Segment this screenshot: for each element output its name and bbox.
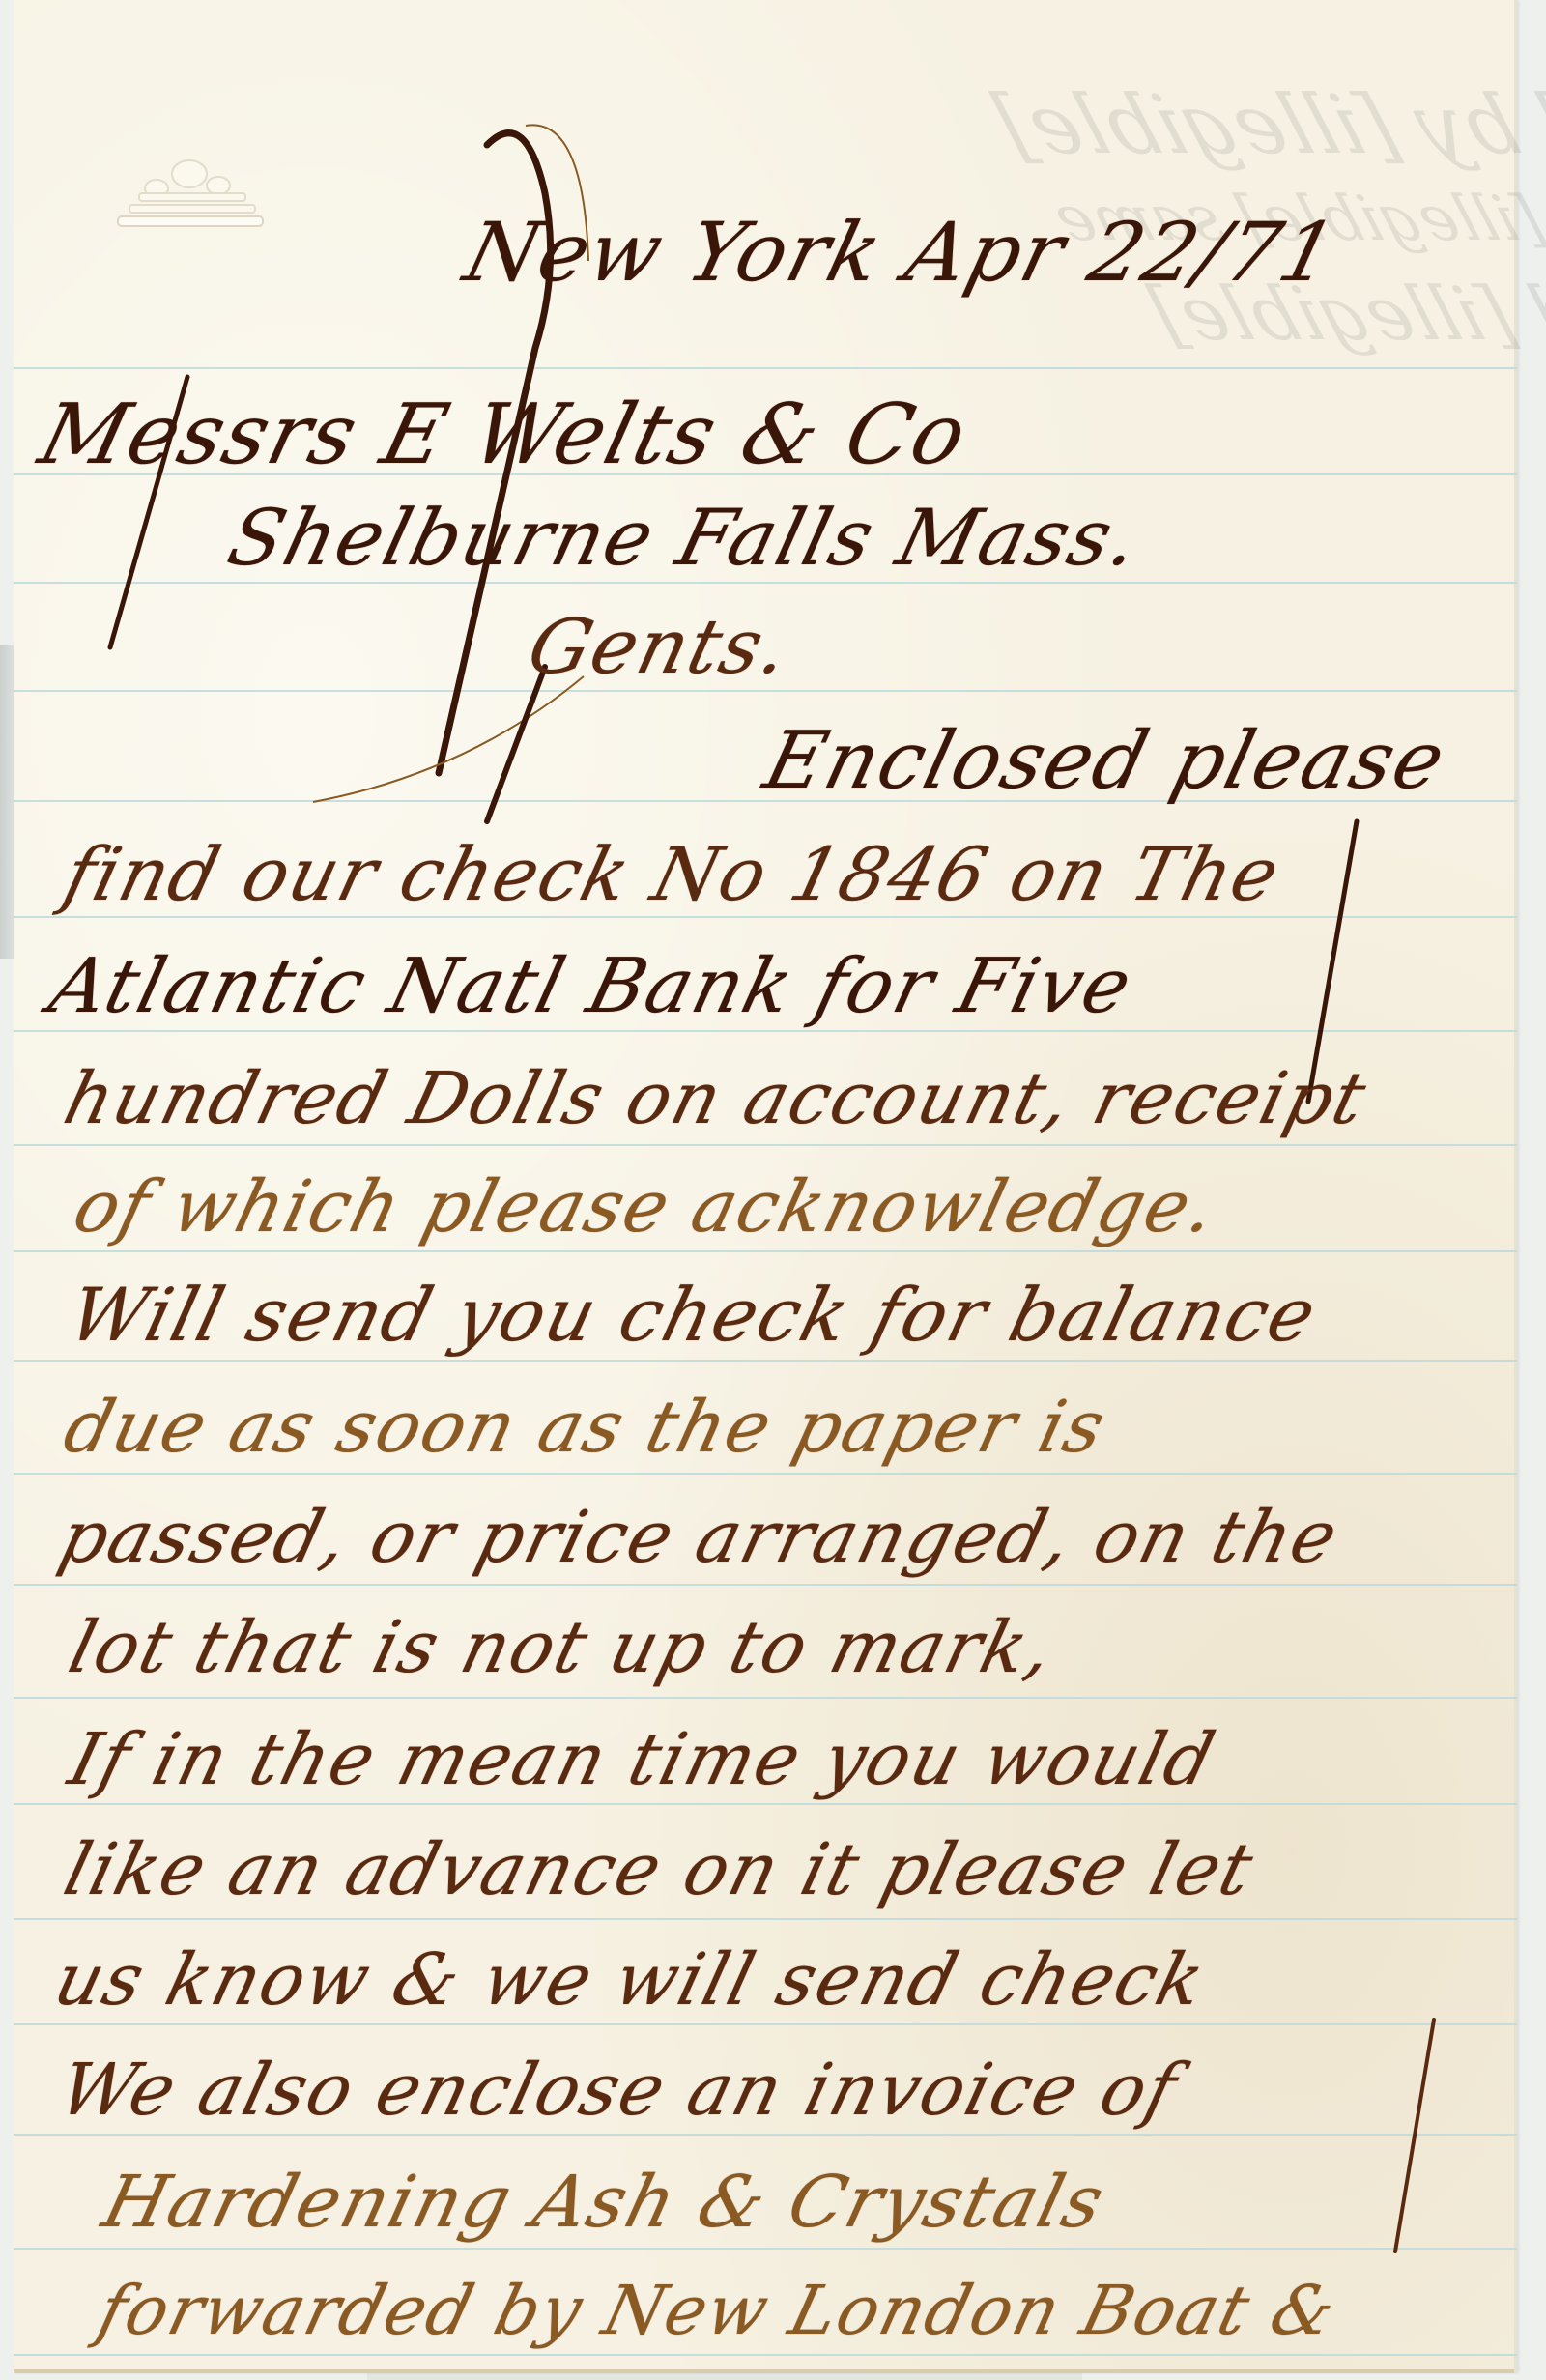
rule-line [14, 367, 1517, 369]
rule-line [14, 1697, 1517, 1699]
flourish-stroke [1386, 2010, 1444, 2261]
body-line: lot that is not up to mark, [61, 1606, 1063, 1689]
body-line: We also enclose an invoice of [51, 2049, 1186, 2132]
rule-line [14, 1144, 1517, 1146]
salutation: Gents. [520, 604, 799, 691]
rule-line [14, 1250, 1517, 1252]
rule-line [14, 1584, 1517, 1586]
rule-line [14, 2248, 1517, 2250]
dateline: New York Apr 22/71 [456, 205, 1347, 300]
body-line: like an advance on it please let [56, 1828, 1262, 1911]
body-line: us know & we will send check [46, 1938, 1214, 2022]
rule-line [14, 1030, 1517, 1032]
body-line: find our check No 1846 on The [56, 831, 1289, 917]
rule-line [14, 2354, 1517, 2356]
body-line: due as soon as the paper is [56, 1386, 1114, 1469]
body-line: Enclosed please [756, 715, 1455, 807]
rule-line [14, 2023, 1517, 2025]
rule-line [14, 1803, 1517, 1805]
body-line: If in the mean time you would [61, 1718, 1223, 1801]
rule-line [14, 1918, 1517, 1920]
scan-backdrop-bottom [367, 2372, 1082, 2380]
embossed-crest-icon [110, 145, 265, 232]
recipient-address: Shelburne Falls Mass. [219, 493, 1149, 583]
rule-line [14, 1360, 1517, 1362]
body-line: passed, or price arranged, on the [51, 1496, 1347, 1579]
letter-page: Recd by [illegible] [illegible] same goo… [14, 0, 1517, 2373]
body-line: forwarded by New London Boat & [91, 2271, 1345, 2350]
body-line: of which please acknowledge. [66, 1165, 1225, 1248]
recipient-name: Messrs E Welts & Co [31, 387, 978, 483]
body-line: hundred Dolls on account, receipt [56, 1057, 1375, 1140]
bleed-through-text: Recd by [illegible] [984, 77, 1546, 172]
rule-line [14, 2134, 1517, 2136]
body-line: Will send you check for balance [61, 1272, 1326, 1358]
body-line: Atlantic Natl Bank for Five [42, 943, 1141, 1030]
body-line: Hardening Ash & Crystals [95, 2161, 1113, 2244]
rule-line [14, 1473, 1517, 1475]
